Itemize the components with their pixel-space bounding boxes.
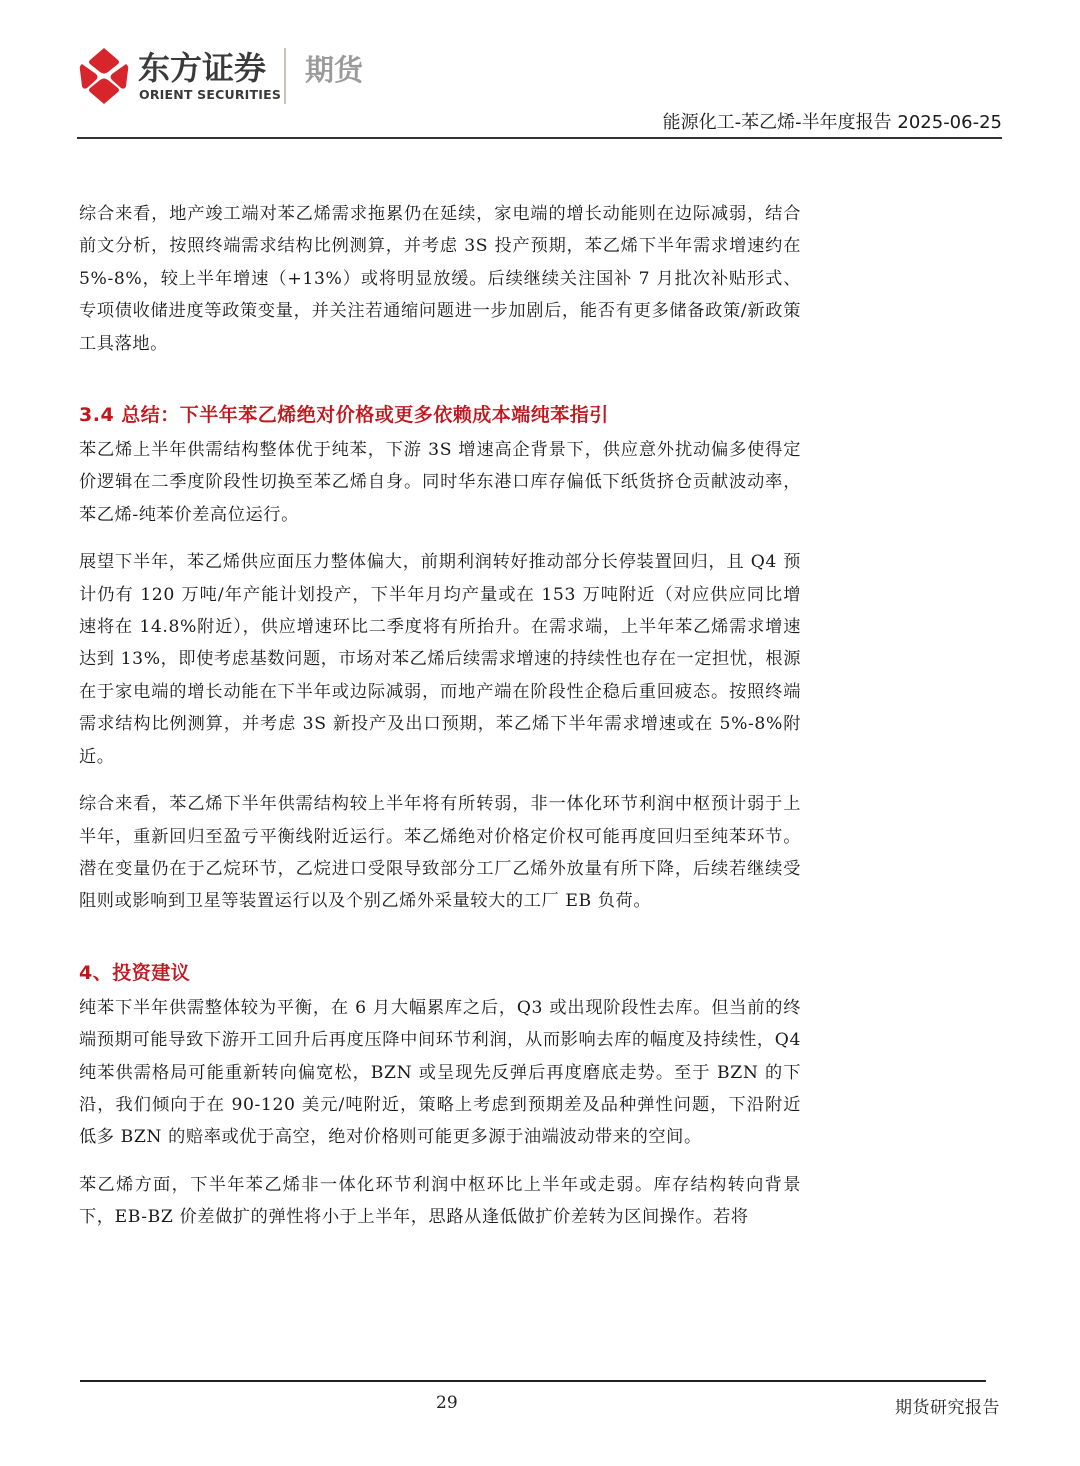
paragraph: 纯苯下半年供需整体较为平衡，在 6 月大幅累库之后，Q3 或出现阶段性去库。但当…	[79, 992, 801, 1154]
paragraph: 苯乙烯上半年供需结构整体优于纯苯，下游 3S 增速高企背景下，供应意外扰动偏多使…	[79, 434, 801, 531]
logo-divider	[284, 48, 286, 104]
section-heading-4: 4、投资建议	[79, 958, 801, 988]
header-rule	[77, 137, 1002, 139]
section-heading-3-4: 3.4 总结：下半年苯乙烯绝对价格或更多依赖成本端纯苯指引	[79, 400, 801, 430]
page-number: 29	[436, 1393, 458, 1413]
paragraph: 展望下半年，苯乙烯供应面压力整体偏大，前期利润转好推动部分长停装置回归，且 Q4…	[79, 546, 801, 773]
brand-name-en: ORIENT SECURITIES	[139, 88, 281, 102]
footer-rule	[80, 1380, 986, 1382]
paragraph: 综合来看，地产竣工端对苯乙烯需求拖累仍在延续，家电端的增长动能则在边际减弱，结合…	[79, 198, 801, 360]
brand-name-cn: 东方证券	[138, 50, 266, 86]
page-header: 东方证券 ORIENT SECURITIES 期货 能源化工-苯乙烯-半年度报告…	[0, 0, 1080, 140]
paragraph: 苯乙烯方面，下半年苯乙烯非一体化环节利润中枢环比上半年或走弱。库存结构转向背景下…	[79, 1169, 801, 1234]
report-title: 能源化工-苯乙烯-半年度报告 2025-06-25	[663, 112, 1002, 134]
report-body: 综合来看，地产竣工端对苯乙烯需求拖累仍在延续，家电端的增长动能则在边际减弱，结合…	[79, 198, 801, 1234]
orient-securities-logo-icon	[78, 46, 130, 106]
paragraph: 综合来看，苯乙烯下半年供需结构较上半年将有所转弱，非一体化环节利润中枢预计弱于上…	[79, 788, 801, 918]
footer-label: 期货研究报告	[895, 1393, 1000, 1418]
division-label: 期货	[305, 52, 363, 88]
